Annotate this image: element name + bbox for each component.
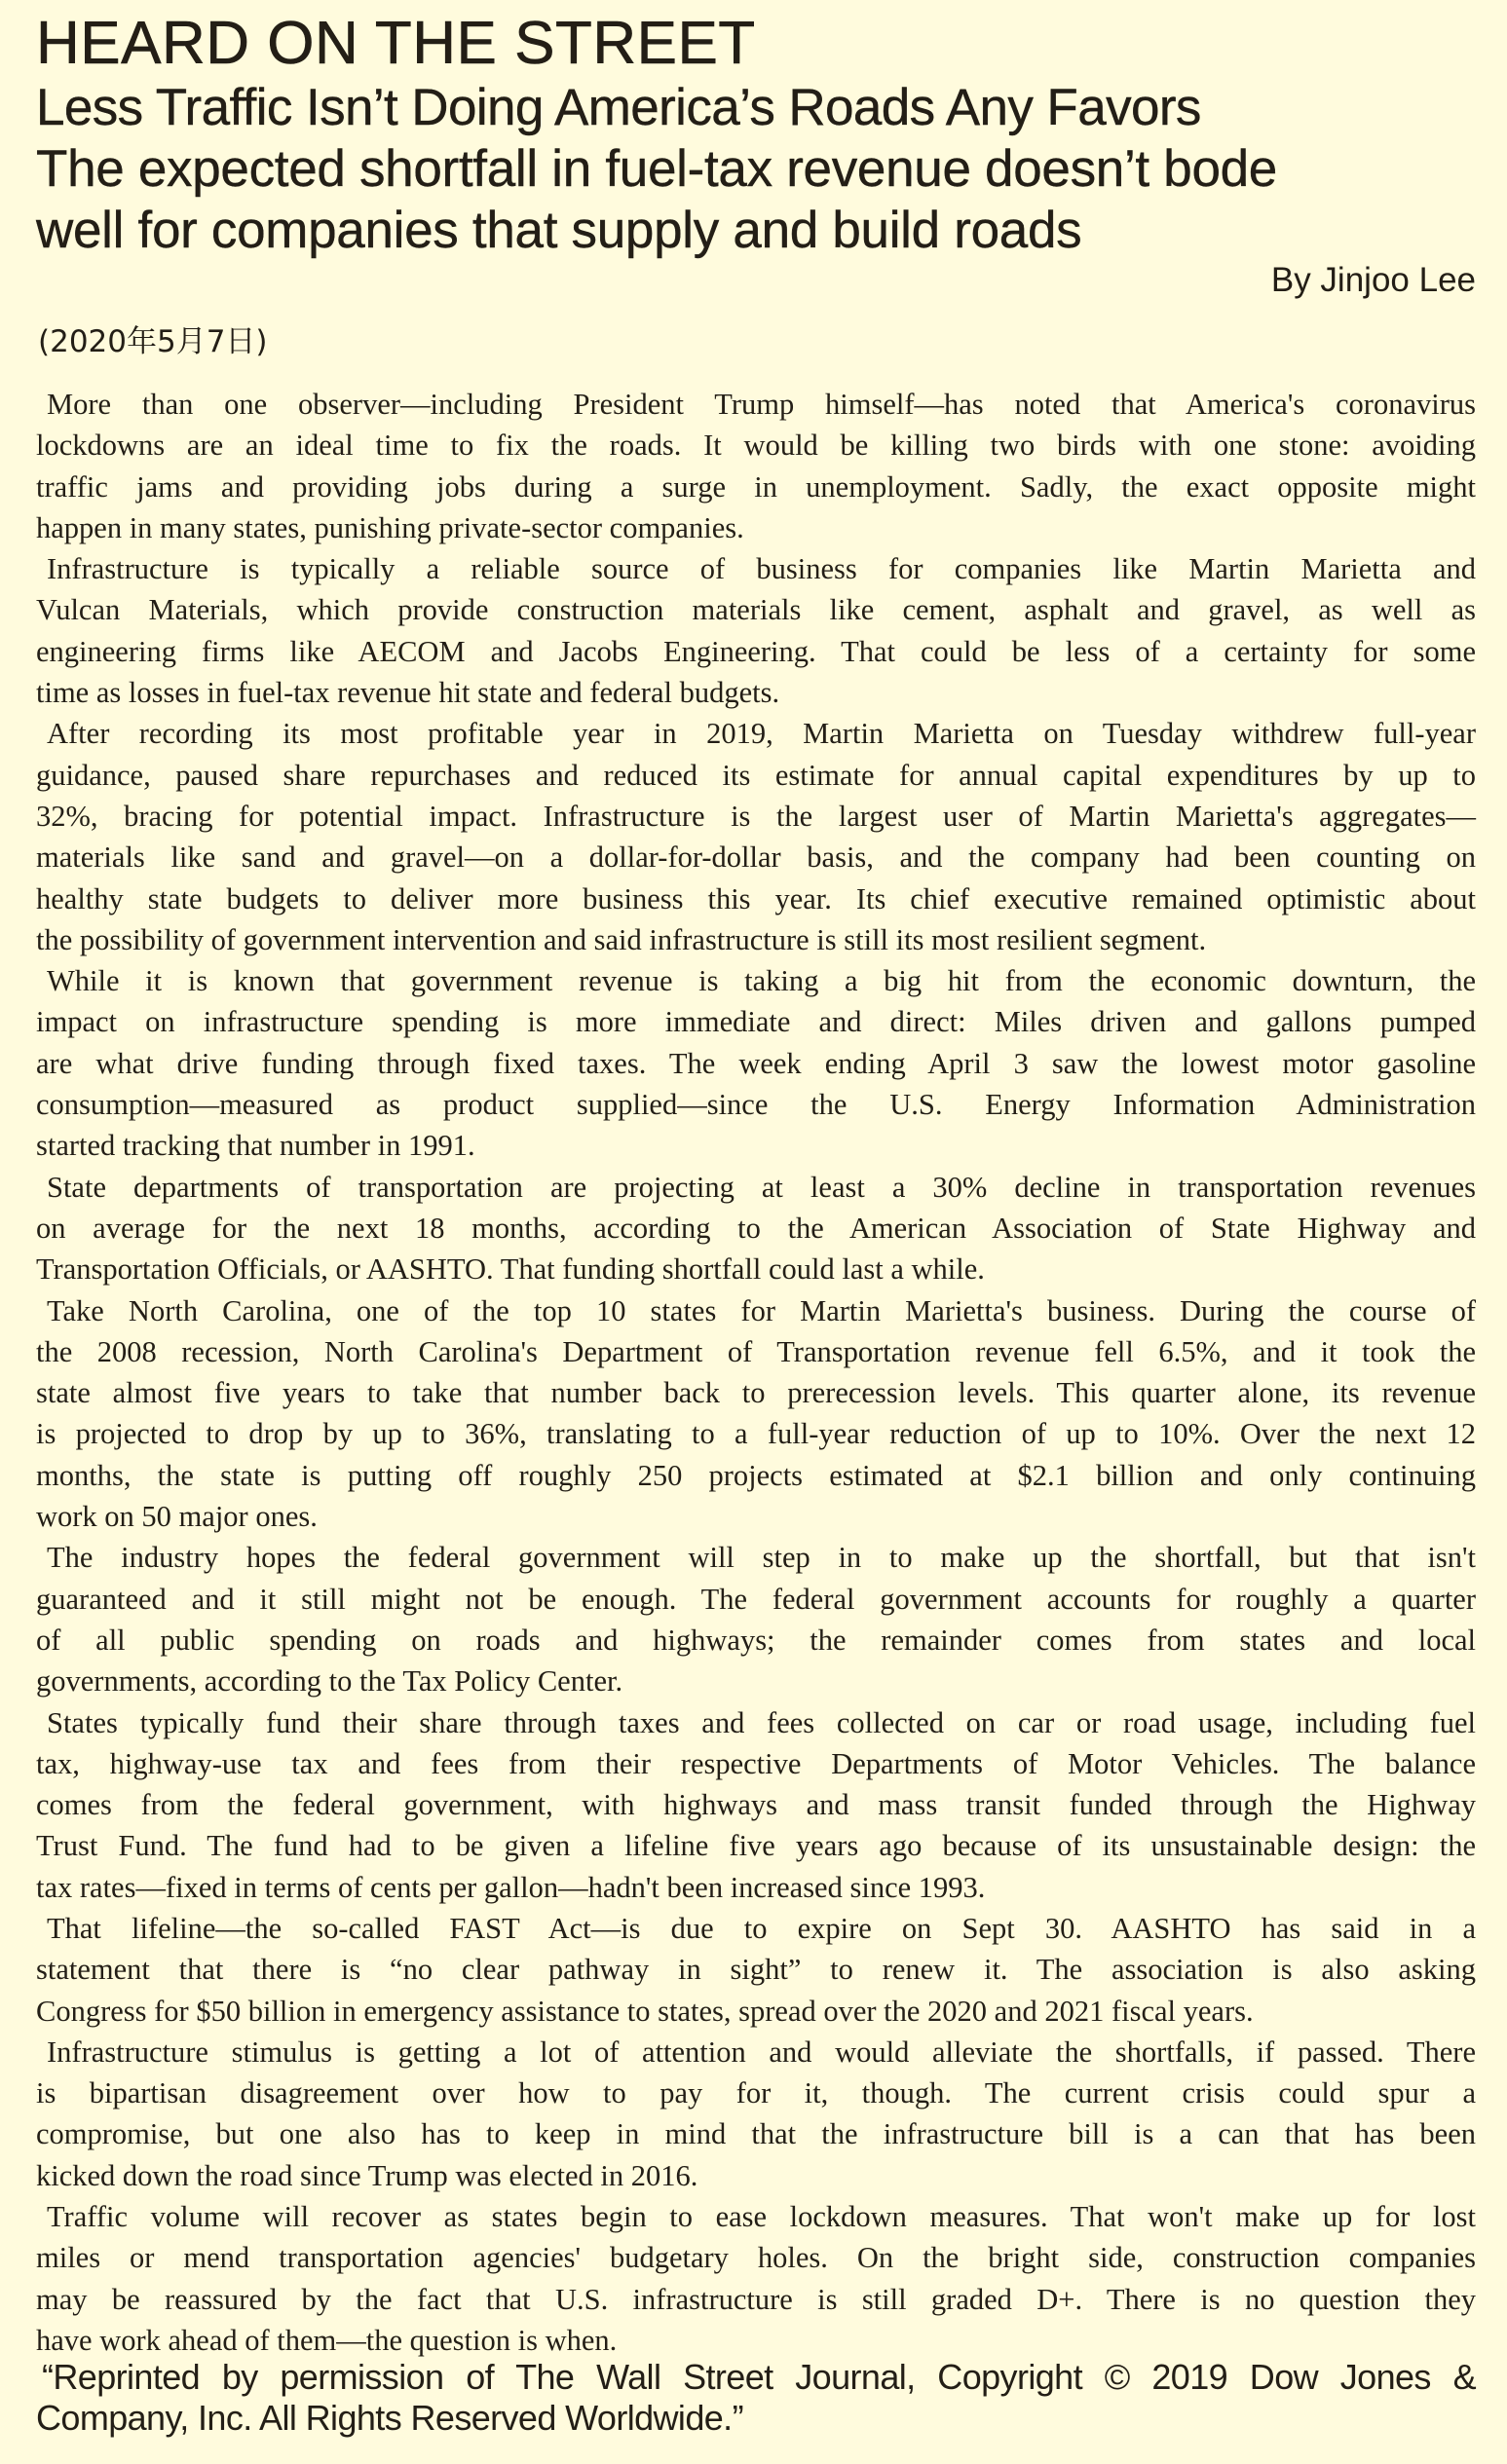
byline: By Jinjoo Lee bbox=[1271, 261, 1476, 300]
article-paragraph: State departments of transportation are … bbox=[36, 1167, 1476, 1290]
paragraph-line: started tracking that number in 1991. bbox=[36, 1125, 1476, 1166]
paragraph-line: The industry hopes the federal governmen… bbox=[36, 1537, 1476, 1578]
section-label: HEARD ON THE STREET bbox=[36, 14, 756, 74]
paragraph-line: impact on infrastructure spending is mor… bbox=[36, 1001, 1476, 1042]
paragraph-line: is projected to drop by up to 36%, trans… bbox=[36, 1413, 1476, 1454]
paragraph-line: Transportation Officials, or AASHTO. Tha… bbox=[36, 1249, 1476, 1289]
paragraph-line: work on 50 major ones. bbox=[36, 1496, 1476, 1537]
paragraph-line: are what drive funding through fixed tax… bbox=[36, 1043, 1476, 1084]
paragraph-line: engineering firms like AECOM and Jacobs … bbox=[36, 631, 1476, 672]
paragraph-line: Vulcan Materials, which provide construc… bbox=[36, 589, 1476, 630]
paragraph-line: materials like sand and gravel—on a doll… bbox=[36, 837, 1476, 877]
paragraph-line: consumption—measured as product supplied… bbox=[36, 1084, 1476, 1125]
paragraph-line: More than one observer—including Preside… bbox=[36, 384, 1476, 425]
paragraph-line: That lifeline—the so-called FAST Act—is … bbox=[36, 1908, 1476, 1949]
paragraph-line: healthy state budgets to deliver more bu… bbox=[36, 878, 1476, 919]
paragraph-line: the 2008 recession, North Carolina's Dep… bbox=[36, 1331, 1476, 1372]
paragraph-line: happen in many states, punishing private… bbox=[36, 507, 1476, 548]
article-paragraph: While it is known that government revenu… bbox=[36, 960, 1476, 1166]
article-paragraph: Traffic volume will recover as states be… bbox=[36, 2196, 1476, 2361]
headline: Less Traffic Isn’t Doing America’s Roads… bbox=[36, 77, 1201, 138]
subheadline-line: well for companies that supply and build… bbox=[36, 200, 1277, 261]
article-paragraph: Take North Carolina, one of the top 10 s… bbox=[36, 1290, 1476, 1538]
paragraph-line: have work ahead of them—the question is … bbox=[36, 2320, 1476, 2361]
paragraph-line: compromise, but one also has to keep in … bbox=[36, 2113, 1476, 2154]
paragraph-line: Congress for $50 billion in emergency as… bbox=[36, 1991, 1476, 2032]
copyright-line: Company, Inc. All Rights Reserved Worldw… bbox=[36, 2398, 1476, 2439]
subheadline-line: The expected shortfall in fuel-tax reven… bbox=[36, 138, 1277, 200]
article-body: More than one observer—including Preside… bbox=[36, 384, 1476, 2361]
paragraph-line: Infrastructure is typically a reliable s… bbox=[36, 548, 1476, 589]
paragraph-line: tax, highway-use tax and fees from their… bbox=[36, 1743, 1476, 1784]
paragraph-line: tax rates—fixed in terms of cents per ga… bbox=[36, 1867, 1476, 1908]
paragraph-line: governments, according to the Tax Policy… bbox=[36, 1661, 1476, 1701]
paragraph-line: Infrastructure stimulus is getting a lot… bbox=[36, 2032, 1476, 2072]
article-paragraph: Infrastructure is typically a reliable s… bbox=[36, 548, 1476, 713]
paragraph-line: on average for the next 18 months, accor… bbox=[36, 1208, 1476, 1249]
paragraph-line: guidance, paused share repurchases and r… bbox=[36, 755, 1476, 796]
paragraph-line: After recording its most profitable year… bbox=[36, 713, 1476, 754]
article-paragraph: States typically fund their share throug… bbox=[36, 1702, 1476, 1908]
paragraph-line: States typically fund their share throug… bbox=[36, 1702, 1476, 1743]
article-paragraph: That lifeline—the so-called FAST Act—is … bbox=[36, 1908, 1476, 2032]
paragraph-line: 32%, bracing for potential impact. Infra… bbox=[36, 796, 1476, 837]
paragraph-line: state almost five years to take that num… bbox=[36, 1372, 1476, 1413]
article-paragraph: More than one observer—including Preside… bbox=[36, 384, 1476, 548]
copyright-line: “Reprinted by permission of The Wall Str… bbox=[36, 2357, 1476, 2398]
article-paragraph: The industry hopes the federal governmen… bbox=[36, 1537, 1476, 1701]
paragraph-line: lockdowns are an ideal time to fix the r… bbox=[36, 425, 1476, 466]
paragraph-line: comes from the federal government, with … bbox=[36, 1784, 1476, 1825]
paragraph-line: months, the state is putting off roughly… bbox=[36, 1455, 1476, 1496]
paragraph-line: is bipartisan disagreement over how to p… bbox=[36, 2072, 1476, 2113]
paragraph-line: time as losses in fuel-tax revenue hit s… bbox=[36, 672, 1476, 713]
paragraph-line: traffic jams and providing jobs during a… bbox=[36, 467, 1476, 507]
subheadline: The expected shortfall in fuel-tax reven… bbox=[36, 138, 1277, 261]
copyright-notice: “Reprinted by permission of The Wall Str… bbox=[36, 2357, 1476, 2439]
paragraph-line: Trust Fund. The fund had to be given a l… bbox=[36, 1825, 1476, 1866]
paragraph-line: miles or mend transportation agencies' b… bbox=[36, 2237, 1476, 2278]
paragraph-line: kicked down the road since Trump was ele… bbox=[36, 2155, 1476, 2196]
dateline: (2020年5月7日) bbox=[38, 321, 268, 362]
paragraph-line: State departments of transportation are … bbox=[36, 1167, 1476, 1208]
article-paragraph: Infrastructure stimulus is getting a lot… bbox=[36, 2032, 1476, 2196]
paragraph-line: While it is known that government revenu… bbox=[36, 960, 1476, 1001]
paragraph-line: Take North Carolina, one of the top 10 s… bbox=[36, 1290, 1476, 1331]
paragraph-line: Traffic volume will recover as states be… bbox=[36, 2196, 1476, 2237]
paragraph-line: the possibility of government interventi… bbox=[36, 919, 1476, 960]
paragraph-line: statement that there is “no clear pathwa… bbox=[36, 1949, 1476, 1990]
paragraph-line: may be reassured by the fact that U.S. i… bbox=[36, 2279, 1476, 2320]
article-paragraph: After recording its most profitable year… bbox=[36, 713, 1476, 960]
paragraph-line: of all public spending on roads and high… bbox=[36, 1620, 1476, 1661]
paragraph-line: guaranteed and it still might not be eno… bbox=[36, 1579, 1476, 1620]
